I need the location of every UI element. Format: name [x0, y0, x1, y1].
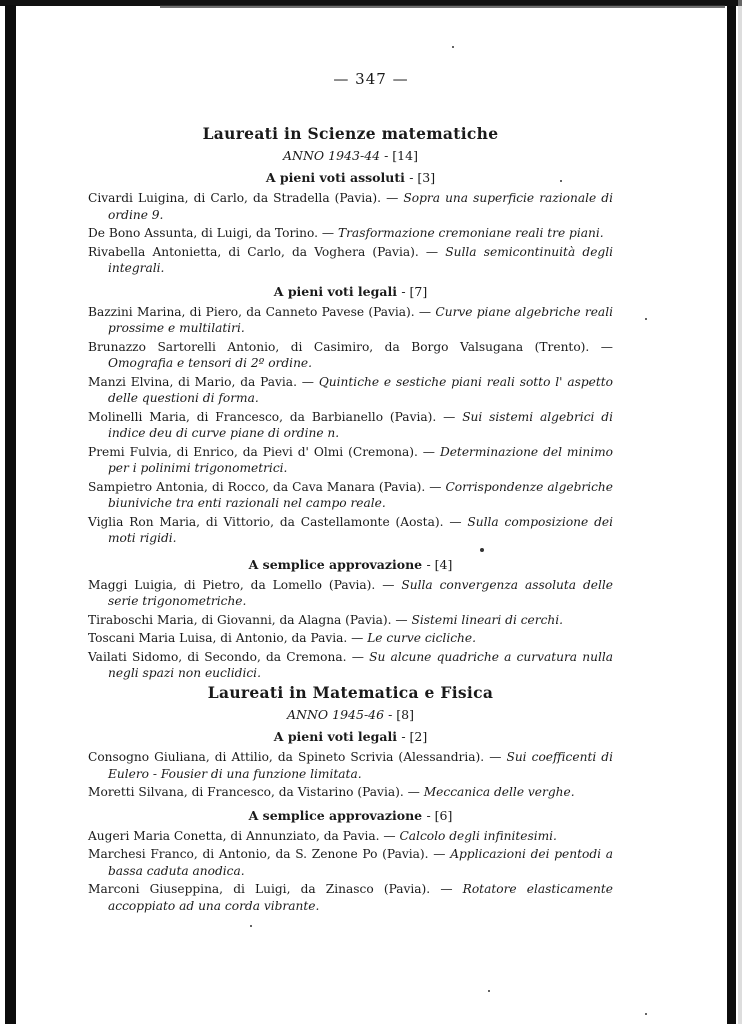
list-item: Vailati Sidomo, di Secondo, da Cremona. …	[88, 649, 613, 682]
entry-person: Augeri Maria Conetta, di Annunziato, da …	[88, 829, 396, 843]
group-heading: A semplice approvazione - [4]	[88, 557, 613, 572]
entry-person: Marchesi Franco, di Antonio, da S. Zenon…	[88, 847, 445, 861]
list-item: Premi Fulvia, di Enrico, da Pievi d' Olm…	[88, 444, 613, 477]
scan-speck	[452, 46, 454, 48]
scan-speck	[480, 548, 484, 552]
entry-person: Civardi Luigina, di Carlo, da Stradella …	[88, 191, 398, 205]
scan-left-border	[5, 5, 16, 1024]
year-line: ANNO 1943-44 - [14]	[88, 148, 613, 163]
section-scienze-matematiche: Laureati in Scienze matematiche ANNO 194…	[88, 124, 613, 684]
group-heading: A semplice approvazione - [6]	[88, 808, 613, 823]
group-label: A pieni voti legali	[274, 284, 397, 299]
list-item: Tiraboschi Maria, di Giovanni, da Alagna…	[88, 612, 613, 629]
list-item: Maggi Luigia, di Pietro, da Lomello (Pav…	[88, 577, 613, 610]
group-count: - [2]	[401, 729, 427, 744]
entry-person: Moretti Silvana, di Francesco, da Vistar…	[88, 785, 420, 799]
list-item: Toscani Maria Luisa, di Antonio, da Pavi…	[88, 630, 613, 647]
entry-person: Tiraboschi Maria, di Giovanni, da Alagna…	[88, 613, 408, 627]
page-number: — 347 —	[0, 70, 742, 88]
list-item: Molinelli Maria, di Francesco, da Barbia…	[88, 409, 613, 442]
group-heading: A pieni voti assoluti - [3]	[88, 170, 613, 185]
entry-title: Trasformazione cremoniane reali tre pian…	[338, 226, 604, 240]
scan-top-border-shadow	[160, 5, 725, 8]
group-label: A semplice approvazione	[249, 808, 423, 823]
list-item: Manzi Elvina, di Mario, da Pavia. — Quin…	[88, 374, 613, 407]
list-item: Marchesi Franco, di Antonio, da S. Zenon…	[88, 846, 613, 879]
entry-person: Manzi Elvina, di Mario, da Pavia. —	[88, 375, 314, 389]
group-count: - [4]	[426, 557, 452, 572]
scan-speck	[560, 180, 562, 182]
entry-person: Maggi Luigia, di Pietro, da Lomello (Pav…	[88, 578, 394, 592]
entry-person: Rivabella Antonietta, di Carlo, da Voghe…	[88, 245, 438, 259]
entry-person: Premi Fulvia, di Enrico, da Pievi d' Olm…	[88, 445, 435, 459]
section-heading: Laureati in Scienze matematiche	[88, 124, 613, 143]
section-matematica-fisica: Laureati in Matematica e Fisica ANNO 194…	[88, 683, 613, 916]
group-count: - [6]	[426, 808, 452, 823]
group-label: A pieni voti assoluti	[266, 170, 405, 185]
entry-person: Vailati Sidomo, di Secondo, da Cremona. …	[88, 650, 364, 664]
scan-speck	[645, 1013, 647, 1015]
entry-title: Omografia e tensori di 2º ordine.	[108, 356, 312, 370]
entry-title: Sistemi lineari di cerchi.	[411, 613, 563, 627]
year-label: ANNO 1943-44	[283, 148, 380, 163]
entry-person: Marconi Giuseppina, di Luigi, da Zinasco…	[88, 882, 453, 896]
group-heading: A pieni voti legali - [7]	[88, 284, 613, 299]
scan-right-edge	[738, 0, 742, 1024]
group-heading: A pieni voti legali - [2]	[88, 729, 613, 744]
entry-person: Toscani Maria Luisa, di Antonio, da Pavi…	[88, 631, 363, 645]
list-item: Moretti Silvana, di Francesco, da Vistar…	[88, 784, 613, 801]
scan-right-border	[727, 6, 736, 1024]
entry-title: Le curve cicliche.	[367, 631, 476, 645]
group-label: A pieni voti legali	[274, 729, 397, 744]
year-label: ANNO 1945-46	[287, 707, 384, 722]
entry-person: Brunazzo Sartorelli Antonio, di Casimiro…	[88, 340, 613, 354]
list-item: Sampietro Antonia, di Rocco, da Cava Man…	[88, 479, 613, 512]
year-count: - [14]	[384, 148, 418, 163]
scan-speck	[488, 990, 490, 992]
entry-person: De Bono Assunta, di Luigi, da Torino. —	[88, 226, 334, 240]
list-item: Marconi Giuseppina, di Luigi, da Zinasco…	[88, 881, 613, 914]
entry-title: Calcolo degli infinitesimi.	[399, 829, 556, 843]
group-count: - [3]	[409, 170, 435, 185]
list-item: De Bono Assunta, di Luigi, da Torino. — …	[88, 225, 613, 242]
entry-person: Viglia Ron Maria, di Vittorio, da Castel…	[88, 515, 462, 529]
list-item: Consogno Giuliana, di Attilio, da Spinet…	[88, 749, 613, 782]
entry-person: Molinelli Maria, di Francesco, da Barbia…	[88, 410, 455, 424]
list-item: Bazzini Marina, di Piero, da Canneto Pav…	[88, 304, 613, 337]
list-item: Brunazzo Sartorelli Antonio, di Casimiro…	[88, 339, 613, 372]
list-item: Rivabella Antonietta, di Carlo, da Voghe…	[88, 244, 613, 277]
scan-speck	[645, 318, 647, 320]
scan-speck	[250, 925, 252, 927]
section-heading: Laureati in Matematica e Fisica	[88, 683, 613, 702]
entry-person: Sampietro Antonia, di Rocco, da Cava Man…	[88, 480, 441, 494]
group-label: A semplice approvazione	[249, 557, 423, 572]
list-item: Augeri Maria Conetta, di Annunziato, da …	[88, 828, 613, 845]
list-item: Viglia Ron Maria, di Vittorio, da Castel…	[88, 514, 613, 547]
entry-person: Bazzini Marina, di Piero, da Canneto Pav…	[88, 305, 431, 319]
entry-title: Meccanica delle verghe.	[424, 785, 575, 799]
year-count: - [8]	[388, 707, 414, 722]
year-line: ANNO 1945-46 - [8]	[88, 707, 613, 722]
group-count: - [7]	[401, 284, 427, 299]
entry-person: Consogno Giuliana, di Attilio, da Spinet…	[88, 750, 501, 764]
list-item: Civardi Luigina, di Carlo, da Stradella …	[88, 190, 613, 223]
